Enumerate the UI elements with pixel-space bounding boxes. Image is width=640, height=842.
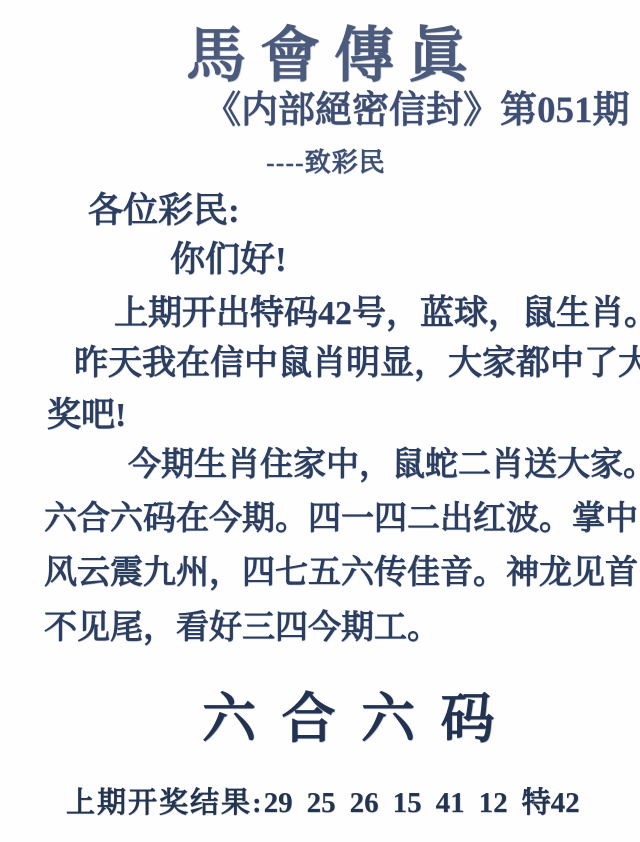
result-number-4: 15 <box>393 787 422 819</box>
greeting: 你们好! <box>170 240 287 280</box>
body-line-6: 风云震九州，四七五六传佳音。神龙见首 <box>44 555 638 593</box>
result-number-5: 41 <box>436 787 465 819</box>
dedication-line: ----致彩民 <box>266 148 386 178</box>
body-line-2: 昨天我在信中鼠肖明显，大家都中了大 <box>74 344 640 383</box>
six-codes-heading: 六 合 六 码 <box>202 688 501 750</box>
body-line-4: 今期生肖住家中，鼠蛇二肖送大家。 <box>128 447 640 485</box>
body-line-5: 六合六码在今期。四一四二出红波。掌中 <box>44 501 638 539</box>
result-number-1: 29 <box>264 787 293 819</box>
result-number-6: 12 <box>479 787 508 819</box>
fax-document: 馬會傳眞 《内部絕密信封》第051期 ----致彩民 各位彩民: 你们好! 上期… <box>0 0 640 842</box>
body-line-1: 上期开出特码42号，蓝球，鼠生肖。 <box>114 294 640 333</box>
body-line-3: 奖吧! <box>47 396 126 435</box>
body-line-7: 不见尾，看好三四今期工。 <box>44 610 440 648</box>
page-title: 馬會傳眞 <box>186 22 482 91</box>
salutation: 各位彩民: <box>88 191 240 231</box>
result-number-3: 26 <box>350 787 379 819</box>
result-number-2: 25 <box>307 787 336 819</box>
results-label: 上期开奖结果: <box>66 787 264 819</box>
special-number: 特42 <box>522 787 580 819</box>
subtitle-issue-line: 《内部絕密信封》第051期 <box>204 90 630 133</box>
last-draw-results: 上期开奖结果:292526154112特42 <box>66 787 580 820</box>
